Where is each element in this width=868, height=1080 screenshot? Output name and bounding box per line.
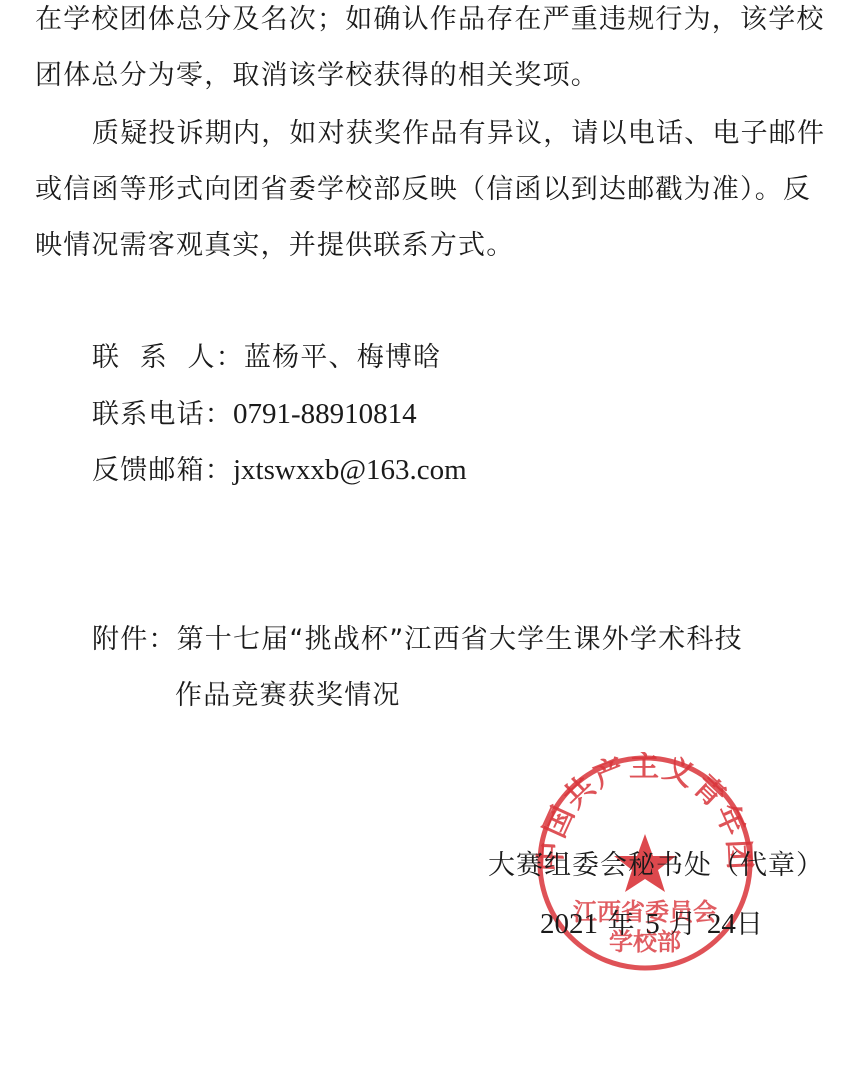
date-year: 2021 (540, 908, 598, 940)
date-day-unit: 日 (736, 909, 764, 940)
attachment-label: 附件： (92, 624, 177, 655)
contact-phone-value: 0791-88910814 (233, 398, 417, 430)
contact-person-row: 联 系 人：蓝杨平、梅博晗 (92, 340, 441, 376)
contact-email-value[interactable]: jxtswxxb@163.com (233, 454, 467, 486)
attachment-title-line2: 作品竞赛获奖情况 (175, 678, 401, 714)
contact-person-value: 蓝杨平、梅博晗 (244, 342, 441, 373)
signature-org: 大赛组委会秘书处（代章） (488, 848, 824, 884)
contact-phone-row: 联系电话：0791-88910814 (92, 396, 417, 433)
paragraph2-line1: 质疑投诉期内，如对获奖作品有异议，请以电话、电子邮件 (92, 116, 825, 152)
signature-date: 2021 年 5 月 24日 (540, 906, 764, 943)
date-month: 5 (645, 908, 660, 940)
contact-phone-label: 联系电话： (92, 399, 233, 430)
paragraph1-line1: 在学校团体总分及名次；如确认作品存在严重违规行为，该学校 (35, 2, 825, 38)
attachment-line1: 附件：第十七届“挑战杯”江西省大学生课外学术科技 (92, 622, 743, 658)
date-month-unit: 月 (669, 909, 697, 940)
paragraph2-line2: 或信函等形式向团省委学校部反映（信函以到达邮戳为准）。反 (35, 172, 811, 208)
paragraph2-line3: 映情况需客观真实，并提供联系方式。 (35, 228, 514, 264)
contact-person-label: 联 系 人： (92, 342, 244, 373)
attachment-title-line1: 第十七届“挑战杯”江西省大学生课外学术科技 (177, 624, 743, 655)
contact-email-label: 反馈邮箱： (92, 455, 233, 486)
paragraph1-line2: 团体总分为零，取消该学校获得的相关奖项。 (35, 58, 599, 94)
date-year-unit: 年 (608, 909, 636, 940)
contact-email-row: 反馈邮箱：jxtswxxb@163.com (92, 452, 467, 489)
date-day: 24 (707, 908, 736, 940)
